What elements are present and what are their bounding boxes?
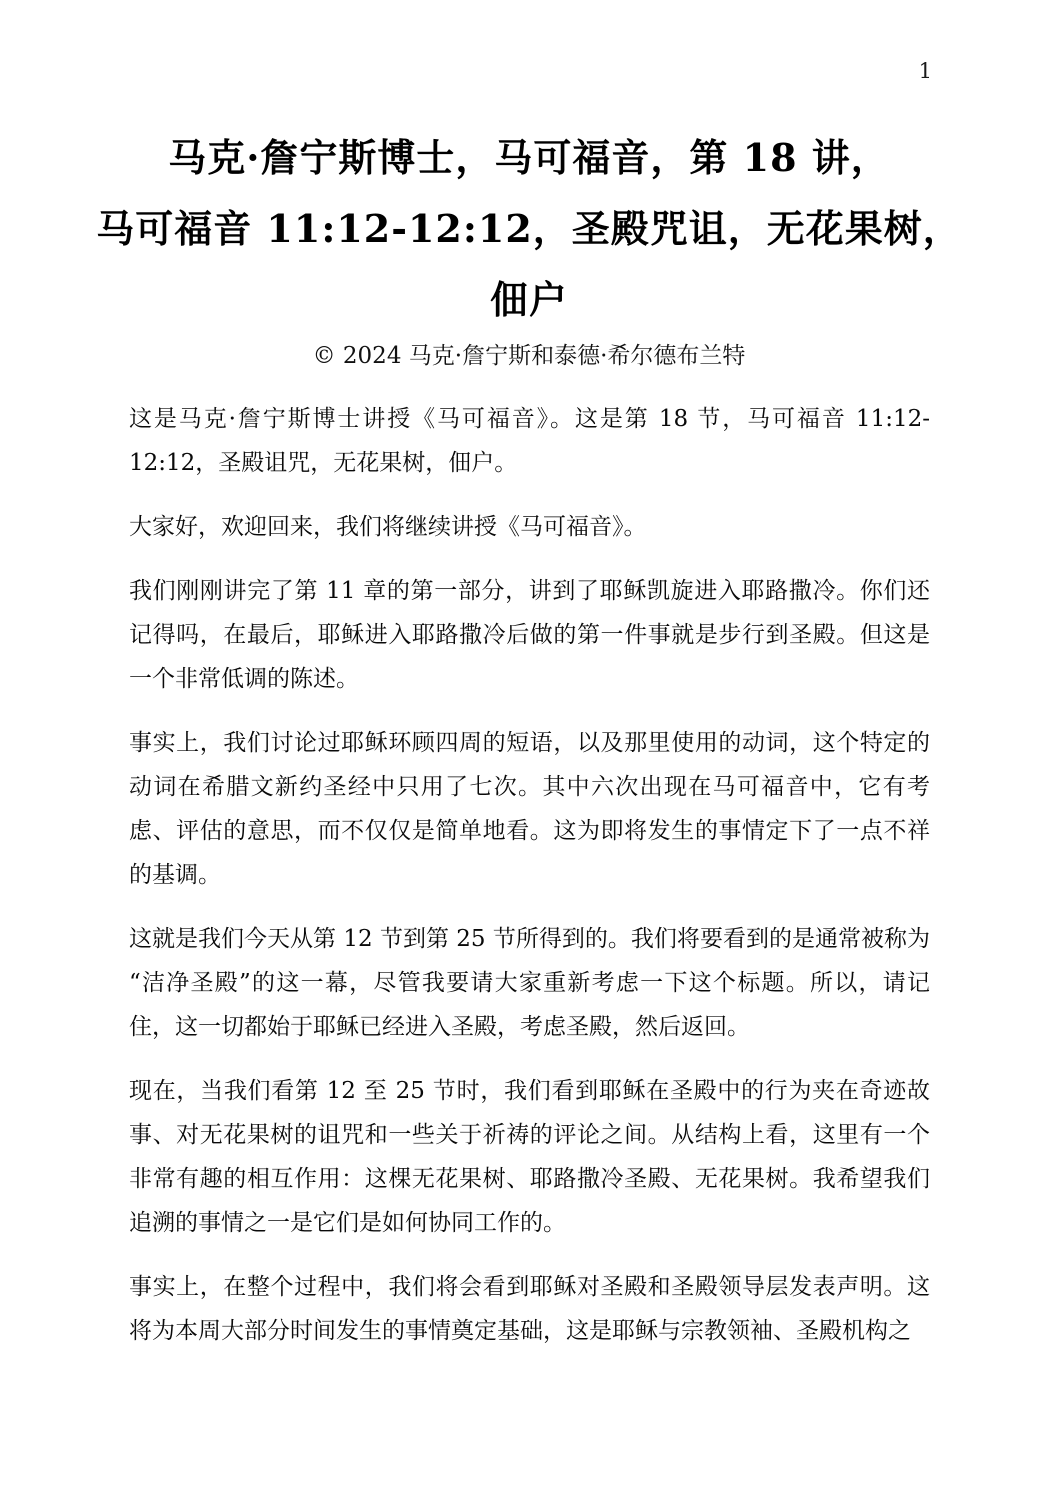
title-line-1: 马克·詹宁斯博士，马可福音，第 18 讲， <box>70 122 988 193</box>
title-line-2: 马可福音 11:12-12:12，圣殿咒诅，无花果树， <box>70 193 988 264</box>
body-paragraph-5: 这就是我们今天从第 12 节到第 25 节所得到的。我们将要看到的是通常被称为“… <box>129 917 930 1049</box>
body-paragraph-4: 事实上，我们讨论过耶稣环顾四周的短语，以及那里使用的动词，这个特定的动词在希腊文… <box>129 721 930 897</box>
body-paragraph-3: 我们刚刚讲完了第 11 章的第一部分，讲到了耶稣凯旋进入耶路撒冷。你们还记得吗，… <box>129 569 930 701</box>
copyright-line: © 2024 马克·詹宁斯和泰德·希尔德布兰特 <box>0 341 1058 371</box>
document-page: 1 马克·詹宁斯博士，马可福音，第 18 讲， 马可福音 11:12-12:12… <box>0 0 1058 1497</box>
body-paragraph-2: 大家好，欢迎回来，我们将继续讲授《马可福音》。 <box>129 505 930 549</box>
body-paragraph-7: 事实上，在整个过程中，我们将会看到耶稣对圣殿和圣殿领导层发表声明。这将为本周大部… <box>129 1265 930 1353</box>
title-line-3: 佃户 <box>70 264 988 335</box>
document-title: 马克·詹宁斯博士，马可福音，第 18 讲， 马可福音 11:12-12:12，圣… <box>70 122 988 335</box>
body-paragraph-1: 这是马克·詹宁斯博士讲授《马可福音》。这是第 18 节，马可福音 11:12-1… <box>129 397 930 485</box>
body-paragraph-6: 现在，当我们看第 12 至 25 节时，我们看到耶稣在圣殿中的行为夹在奇迹故事、… <box>129 1069 930 1245</box>
page-number: 1 <box>919 58 932 84</box>
document-body: 这是马克·詹宁斯博士讲授《马可福音》。这是第 18 节，马可福音 11:12-1… <box>129 397 930 1353</box>
